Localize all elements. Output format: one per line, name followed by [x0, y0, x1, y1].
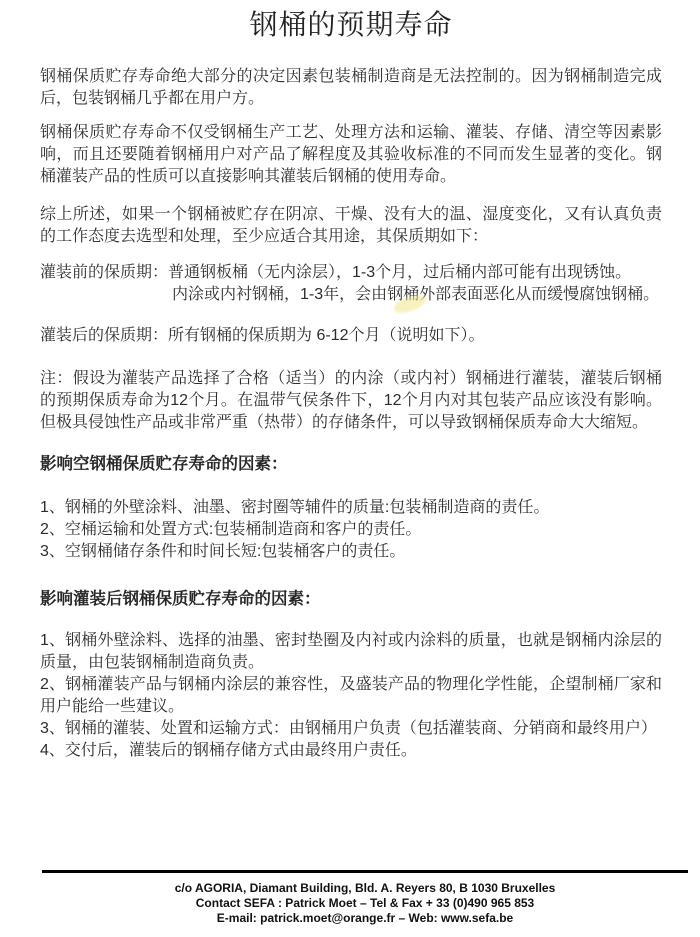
shelf-life-before-line1: 普通钢板桶（无内涂层），1-3个月，过后桶内部可能有出现锈蚀。	[168, 264, 631, 281]
intro-paragraph-1: 钢桶保质贮存寿命绝大部分的决定因素包装桶制造商是无法控制的。因为钢桶制造完成后，…	[40, 66, 662, 110]
page-title: 钢桶的预期寿命	[40, 6, 662, 44]
footer-email-web: E-mail: patrick.moet@orange.fr – Web: ww…	[42, 911, 688, 926]
shelf-life-after-filling: 灌装后的保质期：所有钢桶的保质期为 6-12个月（说明如下）。	[40, 325, 662, 347]
intro-paragraph-2: 钢桶保质贮存寿命不仅受钢桶生产工艺、处理方法和运输、灌装、存储、清空等因素影响，…	[40, 122, 662, 188]
shelf-life-after-line: 所有钢桶的保质期为 6-12个月（说明如下）。	[168, 327, 484, 344]
footer: c/o AGORIA, Diamant Building, Bld. A. Re…	[42, 881, 688, 926]
list-item: 2、空桶运输和处置方式:包装桶制造商和客户的责任。	[40, 519, 662, 541]
footer-divider	[42, 870, 688, 873]
filled-drum-factors-heading: 影响灌装后钢桶保质贮存寿命的因素：	[40, 588, 662, 610]
list-item: 3、空钢桶储存条件和时间长短:包装桶客户的责任。	[40, 541, 662, 563]
shelf-life-before-filling: 灌装前的保质期：普通钢板桶（无内涂层），1-3个月，过后桶内部可能有出现锈蚀。内…	[40, 262, 662, 306]
list-item: 3、钢桶的灌装、处置和运输方式：由钢桶用户负责（包括灌装商、分销商和最终用户）	[40, 718, 662, 740]
list-item: 1、钢桶的外壁涂料、油墨、密封圈等辅件的质量:包装桶制造商的责任。	[40, 497, 662, 519]
footer-address: c/o AGORIA, Diamant Building, Bld. A. Re…	[42, 881, 688, 896]
list-item: 4、交付后，灌装后的钢桶存储方式由最终用户责任。	[40, 740, 662, 762]
note-paragraph: 注：假设为灌装产品选择了合格（适当）的内涂（或内衬）钢桶进行灌装，灌装后钢桶的预…	[40, 368, 662, 434]
shelf-life-after-label: 灌装后的保质期：	[40, 327, 168, 344]
list-item: 1、钢桶外壁涂料、选择的油墨、密封垫圈及内衬或内涂料的质量，也就是钢桶内涂层的质…	[40, 630, 662, 674]
list-item: 2、钢桶灌装产品与钢桶内涂层的兼容性，及盛装产品的物理化学性能，企望制桶厂家和用…	[40, 674, 662, 718]
shelf-life-before-label: 灌装前的保质期：	[40, 264, 168, 281]
empty-drum-factors-list: 1、钢桶的外壁涂料、油墨、密封圈等辅件的质量:包装桶制造商的责任。 2、空桶运输…	[40, 497, 662, 563]
empty-drum-factors-heading: 影响空钢桶保质贮存寿命的因素：	[40, 453, 662, 475]
footer-contact: Contact SEFA : Patrick Moet – Tel & Fax …	[42, 896, 688, 911]
shelf-life-before-line2: 内涂或内衬钢桶，1-3年，会由钢桶外部表面恶化从而缓慢腐蚀钢桶。	[172, 286, 659, 303]
intro-paragraph-3: 综上所述，如果一个钢桶被贮存在阴凉、干燥、没有大的温、湿度变化，又有认真负责的工…	[40, 204, 662, 248]
document-page: 钢桶的预期寿命 钢桶保质贮存寿命绝大部分的决定因素包装桶制造商是无法控制的。因为…	[0, 0, 700, 762]
filled-drum-factors-list: 1、钢桶外壁涂料、选择的油墨、密封垫圈及内衬或内涂料的质量，也就是钢桶内涂层的质…	[40, 630, 662, 762]
